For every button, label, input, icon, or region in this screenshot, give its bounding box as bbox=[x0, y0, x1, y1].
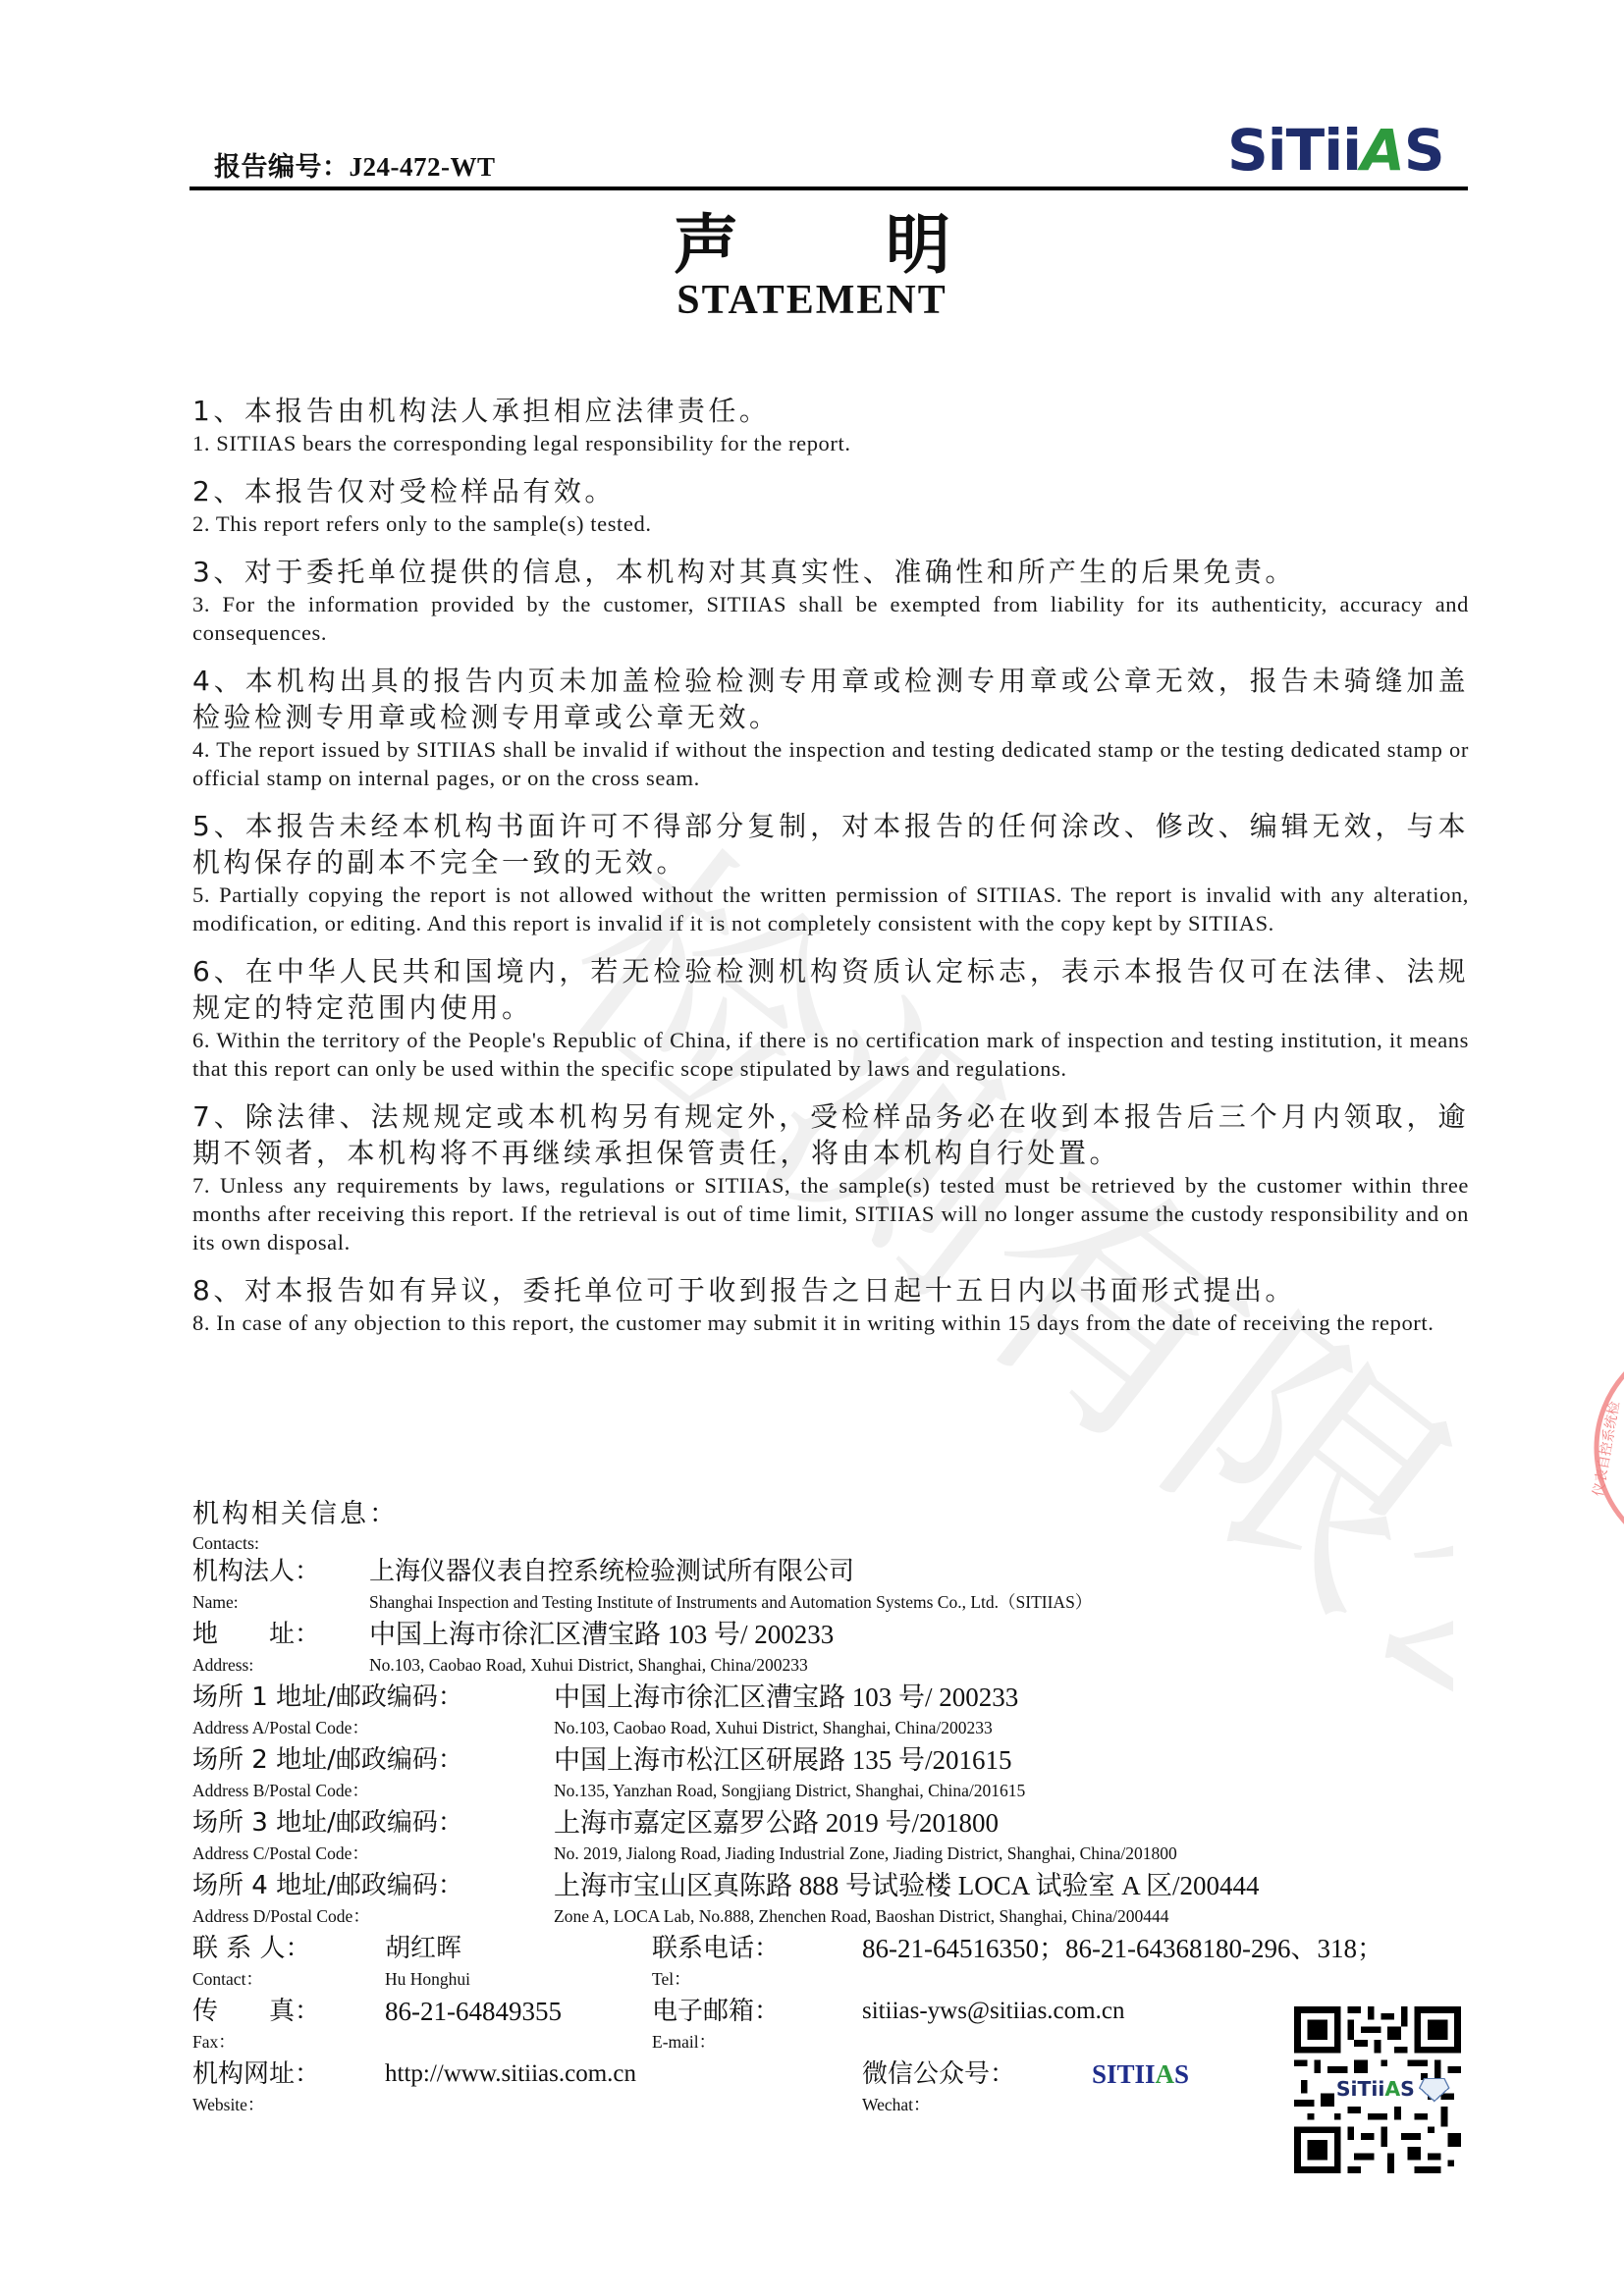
site-label-cn: 场所 4 地址/邮政编码： bbox=[192, 1868, 463, 1903]
contact-person-cn: 胡红晖 bbox=[385, 1931, 461, 1966]
address-value-cn: 中国上海市徐汇区漕宝路 103 号/ 200233 bbox=[369, 1617, 834, 1652]
contacts-heading-en: Contacts: bbox=[192, 1532, 1489, 1554]
email-value[interactable]: sitiias-yws@sitiias.com.cn bbox=[862, 1994, 1124, 2029]
contact-row-person-tel: 联 系 人： Contact： 胡红晖 Hu Honghui 联系电话： Tel… bbox=[192, 1931, 1489, 1994]
site-value-cn: 上海市宝山区真陈路 888 号试验楼 LOCA 试验室 A 区/200444 bbox=[554, 1868, 1260, 1903]
name-value-cn: 上海仪器仪表自控系统检验测试所有限公司 bbox=[369, 1554, 854, 1589]
statement-item-2: 2、本报告仅对受检样品有效。 2. This report refers onl… bbox=[192, 473, 1469, 538]
title-char-right: 明 bbox=[886, 207, 950, 283]
header-divider bbox=[189, 187, 1468, 190]
fax-label-cn: 传 真： bbox=[192, 1994, 320, 2029]
statement-en: 3. For the information provided by the c… bbox=[192, 590, 1469, 647]
statement-cn: 2、本报告仅对受检样品有效。 bbox=[192, 473, 1469, 509]
title-char-left: 声 bbox=[674, 207, 738, 283]
wechat-logo-part-1: SITII bbox=[1092, 2059, 1156, 2089]
contact-label-cn: 联 系 人： bbox=[192, 1931, 311, 1966]
contacts-heading-cn: 机构相关信息： bbox=[192, 1497, 1489, 1532]
email-label-en: E-mail： bbox=[652, 2031, 716, 2053]
page-title-cn: 声明 bbox=[0, 192, 1624, 286]
statement-en: 4. The report issued by SITIIAS shall be… bbox=[192, 735, 1469, 792]
logo-part-2: A bbox=[1361, 122, 1404, 179]
contact-row-site-4: 场所 4 地址/邮政编码： Address D/Postal Code： 上海市… bbox=[192, 1868, 1489, 1931]
statement-en: 5. Partially copying the report is not a… bbox=[192, 881, 1469, 937]
contact-row-address: 地 址： Address: 中国上海市徐汇区漕宝路 103 号/ 200233 … bbox=[192, 1617, 1489, 1680]
site-value-cn: 中国上海市徐汇区漕宝路 103 号/ 200233 bbox=[554, 1680, 1018, 1715]
tel-value: 86-21-64516350；86-21-64368180-296、318； bbox=[862, 1931, 1383, 1966]
fax-value: 86-21-64849355 bbox=[385, 1994, 562, 2029]
site-value-en: No.103, Caobao Road, Xuhui District, Sha… bbox=[554, 1717, 993, 1738]
sitiias-logo: SiTiiAS bbox=[1227, 116, 1444, 179]
address-label-en: Address: bbox=[192, 1654, 253, 1676]
statement-item-5: 5、本报告未经本机构书面许可不得部分复制，对本报告的任何涂改、修改、编辑无效，与… bbox=[192, 808, 1469, 937]
address-value-en: No.103, Caobao Road, Xuhui District, Sha… bbox=[369, 1654, 808, 1676]
qr-code-icon[interactable]: SiTiiAS bbox=[1294, 2006, 1461, 2173]
statement-en: 1. SITIIAS bears the corresponding legal… bbox=[192, 429, 1469, 457]
contact-row-site-1: 场所 1 地址/邮政编码： Address A/Postal Code： 中国上… bbox=[192, 1680, 1489, 1742]
name-label-cn: 机构法人： bbox=[192, 1554, 320, 1589]
tel-label-cn: 联系电话： bbox=[652, 1931, 780, 1966]
statement-item-6: 6、在中华人民共和国境内，若无检验检测机构资质认定标志，表示本报告仅可在法律、法… bbox=[192, 953, 1469, 1083]
site-label-cn: 场所 2 地址/邮政编码： bbox=[192, 1742, 463, 1778]
site-label-cn: 场所 3 地址/邮政编码： bbox=[192, 1805, 463, 1841]
tel-label-en: Tel： bbox=[652, 1968, 691, 1990]
wechat-label-cn: 微信公众号： bbox=[862, 2056, 1015, 2092]
report-number-label: 报告编号： bbox=[214, 152, 350, 182]
statement-item-3: 3、对于委托单位提供的信息，本机构对其真实性、准确性和所产生的后果免责。 3. … bbox=[192, 554, 1469, 647]
svg-text:SiTiiAS: SiTiiAS bbox=[1336, 2077, 1415, 2101]
statement-cn: 3、对于委托单位提供的信息，本机构对其真实性、准确性和所产生的后果免责。 bbox=[192, 554, 1469, 590]
statement-en: 2. This report refers only to the sample… bbox=[192, 509, 1469, 538]
email-label-cn: 电子邮箱： bbox=[652, 1994, 780, 2029]
statement-cn: 7、除法律、法规规定或本机构另有规定外，受检样品务必在收到本报告后三个月内领取，… bbox=[192, 1098, 1469, 1171]
seam-stamp-icon: 仪表自控系统检 bbox=[1589, 1330, 1624, 1566]
statement-cn: 4、本机构出具的报告内页未加盖检验检测专用章或检测专用章或公章无效，报告未骑缝加… bbox=[192, 663, 1469, 735]
address-label-cn: 地 址： bbox=[192, 1617, 320, 1652]
site-label-en: Address A/Postal Code： bbox=[192, 1717, 369, 1738]
statement-item-7: 7、除法律、法规规定或本机构另有规定外，受检样品务必在收到本报告后三个月内领取，… bbox=[192, 1098, 1469, 1256]
wechat-account-logo: SITIIAS bbox=[1092, 2056, 1189, 2092]
wechat-logo-part-2: A bbox=[1156, 2059, 1175, 2089]
site-label-en: Address D/Postal Code： bbox=[192, 1905, 370, 1927]
statement-item-1: 1、本报告由机构法人承担相应法律责任。 1. SITIIAS bears the… bbox=[192, 393, 1469, 457]
site-value-en: No. 2019, Jialong Road, Jiading Industri… bbox=[554, 1842, 1177, 1864]
contact-person-en: Hu Honghui bbox=[385, 1968, 470, 1990]
contact-row-name: 机构法人： Name: 上海仪器仪表自控系统检验测试所有限公司 Shanghai… bbox=[192, 1554, 1489, 1617]
statement-cn: 6、在中华人民共和国境内，若无检验检测机构资质认定标志，表示本报告仅可在法律、法… bbox=[192, 953, 1469, 1026]
website-label-en: Website： bbox=[192, 2094, 264, 2115]
site-value-en: Zone A, LOCA Lab, No.888, Zhenchen Road,… bbox=[554, 1905, 1169, 1927]
statement-cn: 8、对本报告如有异议，委托单位可于收到报告之日起十五日内以书面形式提出。 bbox=[192, 1272, 1469, 1308]
statement-item-8: 8、对本报告如有异议，委托单位可于收到报告之日起十五日内以书面形式提出。 8. … bbox=[192, 1272, 1469, 1337]
wechat-label-en: Wechat： bbox=[862, 2094, 931, 2115]
report-number: 报告编号：J24-472-WT bbox=[214, 145, 496, 184]
site-label-en: Address B/Postal Code： bbox=[192, 1780, 369, 1801]
website-label-cn: 机构网址： bbox=[192, 2056, 320, 2092]
statement-list: 1、本报告由机构法人承担相应法律责任。 1. SITIIAS bears the… bbox=[192, 393, 1469, 1353]
statement-en: 7. Unless any requirements by laws, regu… bbox=[192, 1171, 1469, 1256]
statement-cn: 1、本报告由机构法人承担相应法律责任。 bbox=[192, 393, 1469, 429]
site-label-en: Address C/Postal Code： bbox=[192, 1842, 369, 1864]
contact-row-site-3: 场所 3 地址/邮政编码： Address C/Postal Code： 上海市… bbox=[192, 1805, 1489, 1868]
name-value-en: Shanghai Inspection and Testing Institut… bbox=[369, 1591, 1092, 1613]
site-label-cn: 场所 1 地址/邮政编码： bbox=[192, 1680, 463, 1715]
logo-part-1: SiTii bbox=[1227, 122, 1361, 179]
logo-part-3: S bbox=[1404, 122, 1444, 179]
report-number-value: J24-472-WT bbox=[350, 152, 496, 182]
site-value-cn: 中国上海市松江区研展路 135 号/201615 bbox=[554, 1742, 1012, 1778]
site-value-cn: 上海市嘉定区嘉罗公路 2019 号/201800 bbox=[554, 1805, 999, 1841]
page-title-en: STATEMENT bbox=[0, 277, 1624, 324]
contact-row-site-2: 场所 2 地址/邮政编码： Address B/Postal Code： 中国上… bbox=[192, 1742, 1489, 1805]
name-label-en: Name: bbox=[192, 1591, 239, 1613]
website-link[interactable]: http://www.sitiias.com.cn bbox=[385, 2056, 636, 2092]
statement-item-4: 4、本机构出具的报告内页未加盖检验检测专用章或检测专用章或公章无效，报告未骑缝加… bbox=[192, 663, 1469, 792]
statement-en: 8. In case of any objection to this repo… bbox=[192, 1308, 1469, 1337]
fax-label-en: Fax： bbox=[192, 2031, 236, 2053]
contact-label-en: Contact： bbox=[192, 1968, 263, 1990]
wechat-logo-part-3: S bbox=[1174, 2059, 1189, 2089]
site-value-en: No.135, Yanzhan Road, Songjiang District… bbox=[554, 1780, 1025, 1801]
statement-en: 6. Within the territory of the People's … bbox=[192, 1026, 1469, 1083]
statement-cn: 5、本报告未经本机构书面许可不得部分复制，对本报告的任何涂改、修改、编辑无效，与… bbox=[192, 808, 1469, 881]
